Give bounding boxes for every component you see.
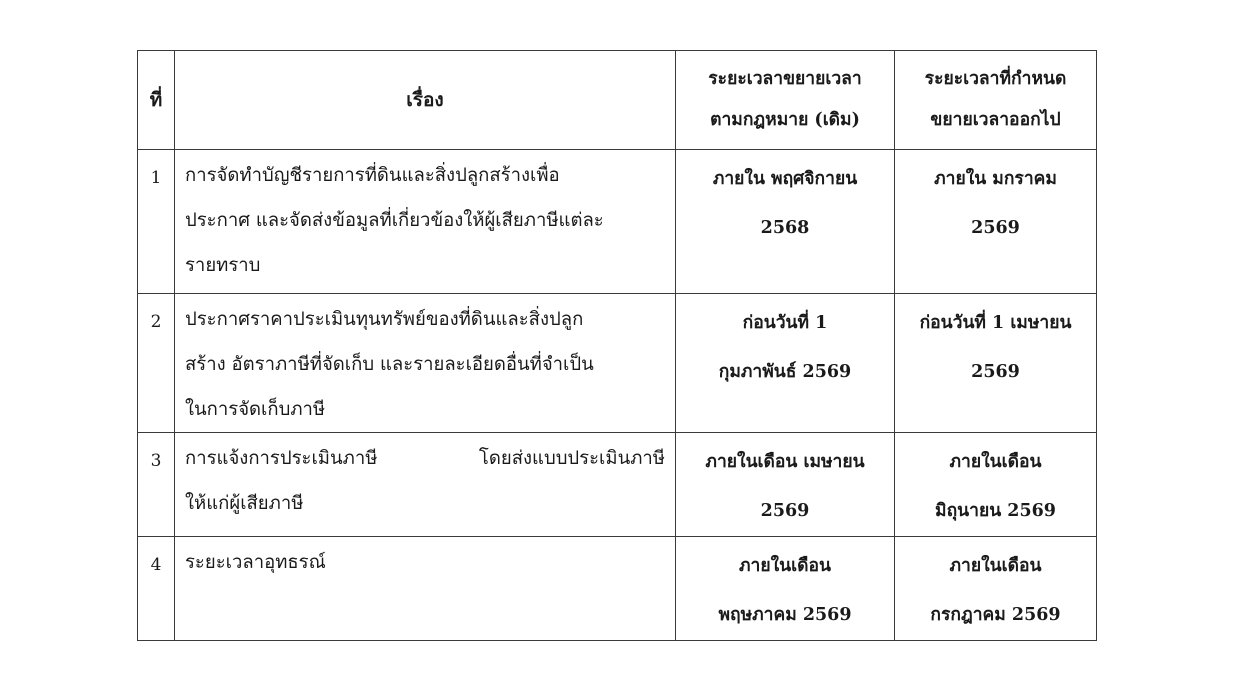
row-original-period: ภายในเดือน พฤษภาคม 2569 [676,537,895,641]
row-extended-period: ก่อนวันที่ 1 เมษายน 2569 [895,294,1097,433]
table-row: 3 การแจ้งการประเมินภาษี โดยส่งแบบประเมิน… [138,433,1097,537]
header-original-period: ระยะเวลาขยายเวลา ตามกฎหมาย (เดิม) [676,51,895,150]
row-topic: ระยะเวลาอุทธรณ์ [175,537,676,641]
row-number: 1 [138,150,175,294]
row-topic: ประกาศราคาประเมินทุนทรัพย์ของที่ดินและสิ… [175,294,676,433]
header-no: ที่ [138,51,175,150]
header-original-line-1: ระยะเวลาขยายเวลา [676,59,894,100]
tax-schedule-table: ที่ เรื่อง ระยะเวลาขยายเวลา ตามกฎหมาย (เ… [137,50,1097,641]
row-original-period: ภายในเดือน เมษายน 2569 [676,433,895,537]
header-original-line-2: ตามกฎหมาย (เดิม) [676,100,894,141]
table-row: 1 การจัดทำบัญชีรายการที่ดินและสิ่งปลูกสร… [138,150,1097,294]
table-row: 4 ระยะเวลาอุทธรณ์ ภายในเดือน พฤษภาคม 256… [138,537,1097,641]
header-extended-line-2: ขยายเวลาออกไป [895,100,1096,141]
row-original-period: ก่อนวันที่ 1 กุมภาพันธ์ 2569 [676,294,895,433]
row-topic: การจัดทำบัญชีรายการที่ดินและสิ่งปลูกสร้า… [175,150,676,294]
table-row: 2 ประกาศราคาประเมินทุนทรัพย์ของที่ดินและ… [138,294,1097,433]
header-extended-period: ระยะเวลาที่กำหนด ขยายเวลาออกไป [895,51,1097,150]
row-number: 4 [138,537,175,641]
header-topic: เรื่อง [175,51,676,150]
row-topic: การแจ้งการประเมินภาษี โดยส่งแบบประเมินภา… [175,433,676,537]
header-row: ที่ เรื่อง ระยะเวลาขยายเวลา ตามกฎหมาย (เ… [138,51,1097,150]
header-extended-line-1: ระยะเวลาที่กำหนด [895,59,1096,100]
row-original-period: ภายใน พฤศจิกายน 2568 [676,150,895,294]
row-number: 2 [138,294,175,433]
row-number: 3 [138,433,175,537]
row-extended-period: ภายในเดือน มิถุนายน 2569 [895,433,1097,537]
row-extended-period: ภายในเดือน กรกฎาคม 2569 [895,537,1097,641]
row-extended-period: ภายใน มกราคม 2569 [895,150,1097,294]
